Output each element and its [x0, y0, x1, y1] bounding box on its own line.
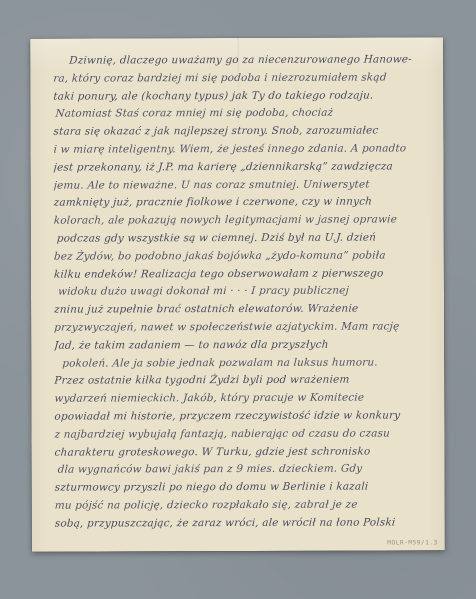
letter-line: opowiadał mi historie, przyczem rzeczywi…: [54, 407, 438, 426]
letter-line: mu pójść na policję, dziecko rozpłakało …: [54, 496, 438, 515]
letter-line: Jad, że takim zadaniem — to nawóz dla pr…: [54, 336, 438, 355]
letter-line: dla wygnańców bawi jakiś pan z 9 mies. d…: [54, 461, 438, 480]
letter-line: widoku dużo uwagi dokonał mi · · · I pra…: [53, 283, 437, 302]
letter-line: zamknięty już, pracznie fiolkowe i czerw…: [53, 194, 437, 213]
letter-line: wydarzeń niemieckich. Jakób, który pracu…: [54, 389, 438, 408]
letter-line: zninu już zupełnie brać ostatnich elewat…: [53, 300, 437, 319]
letter-line: podczas gdy wszystkie są w ciemnej. Dziś…: [53, 229, 437, 248]
letter-paper: Dziwnię, dlaczego uważamy go za niecenzu…: [30, 37, 445, 551]
letter-line: Natomiast Staś coraz mniej mi się podoba…: [53, 105, 437, 124]
letter-line: kolorach, ale pokazują nowych legitymacj…: [53, 211, 437, 230]
letter-line: ra, który coraz bardziej mi się podoba i…: [53, 69, 437, 88]
letter-line: jemu. Ale to nieważne. U nas coraz smutn…: [53, 176, 437, 195]
scanned-letter-scene: Dziwnię, dlaczego uważamy go za niecenzu…: [0, 0, 476, 599]
letter-line: z najbardziej wybujałą fantazją, nabiera…: [54, 425, 438, 444]
letter-line: sobą, przypuszczając, że zaraz wróci, al…: [54, 514, 438, 532]
letter-line: i w miarę inteligentny. Wiem, że jesteś …: [53, 140, 437, 159]
letter-line: charakteru groteskowego. W Turku, gdzie …: [54, 443, 438, 462]
letter-line: stara się okazać z jak najlepszej strony…: [53, 122, 437, 141]
letter-line: bez Żydów, bo podobno jakaś bojówka „żyd…: [53, 247, 437, 266]
letter-line: przyzwyczajeń, nawet w społeczeństwie az…: [54, 318, 438, 337]
letter-line: szturmowcy przyszli po niego do domu w B…: [54, 478, 438, 497]
letter-line: Dziwnię, dlaczego uważamy go za niecenzu…: [53, 51, 437, 70]
letter-line: taki ponury, ale (kochany typus) jak Ty …: [53, 87, 437, 106]
letter-line: jest przekonany, iż J.P. ma karierę „dzi…: [53, 158, 437, 177]
letter-line: Przez ostatnie kilka tygodni Żydzi byli …: [54, 372, 438, 391]
archive-stamp: MOLR-M59/1.3: [387, 539, 438, 546]
letter-line: pokoleń. Ale ja sobie jednak pozwalam na…: [54, 354, 438, 373]
letter-lines: Dziwnię, dlaczego uważamy go za niecenzu…: [53, 51, 438, 531]
letter-line: kilku endeków! Realizacja tego obserwowa…: [53, 265, 437, 284]
